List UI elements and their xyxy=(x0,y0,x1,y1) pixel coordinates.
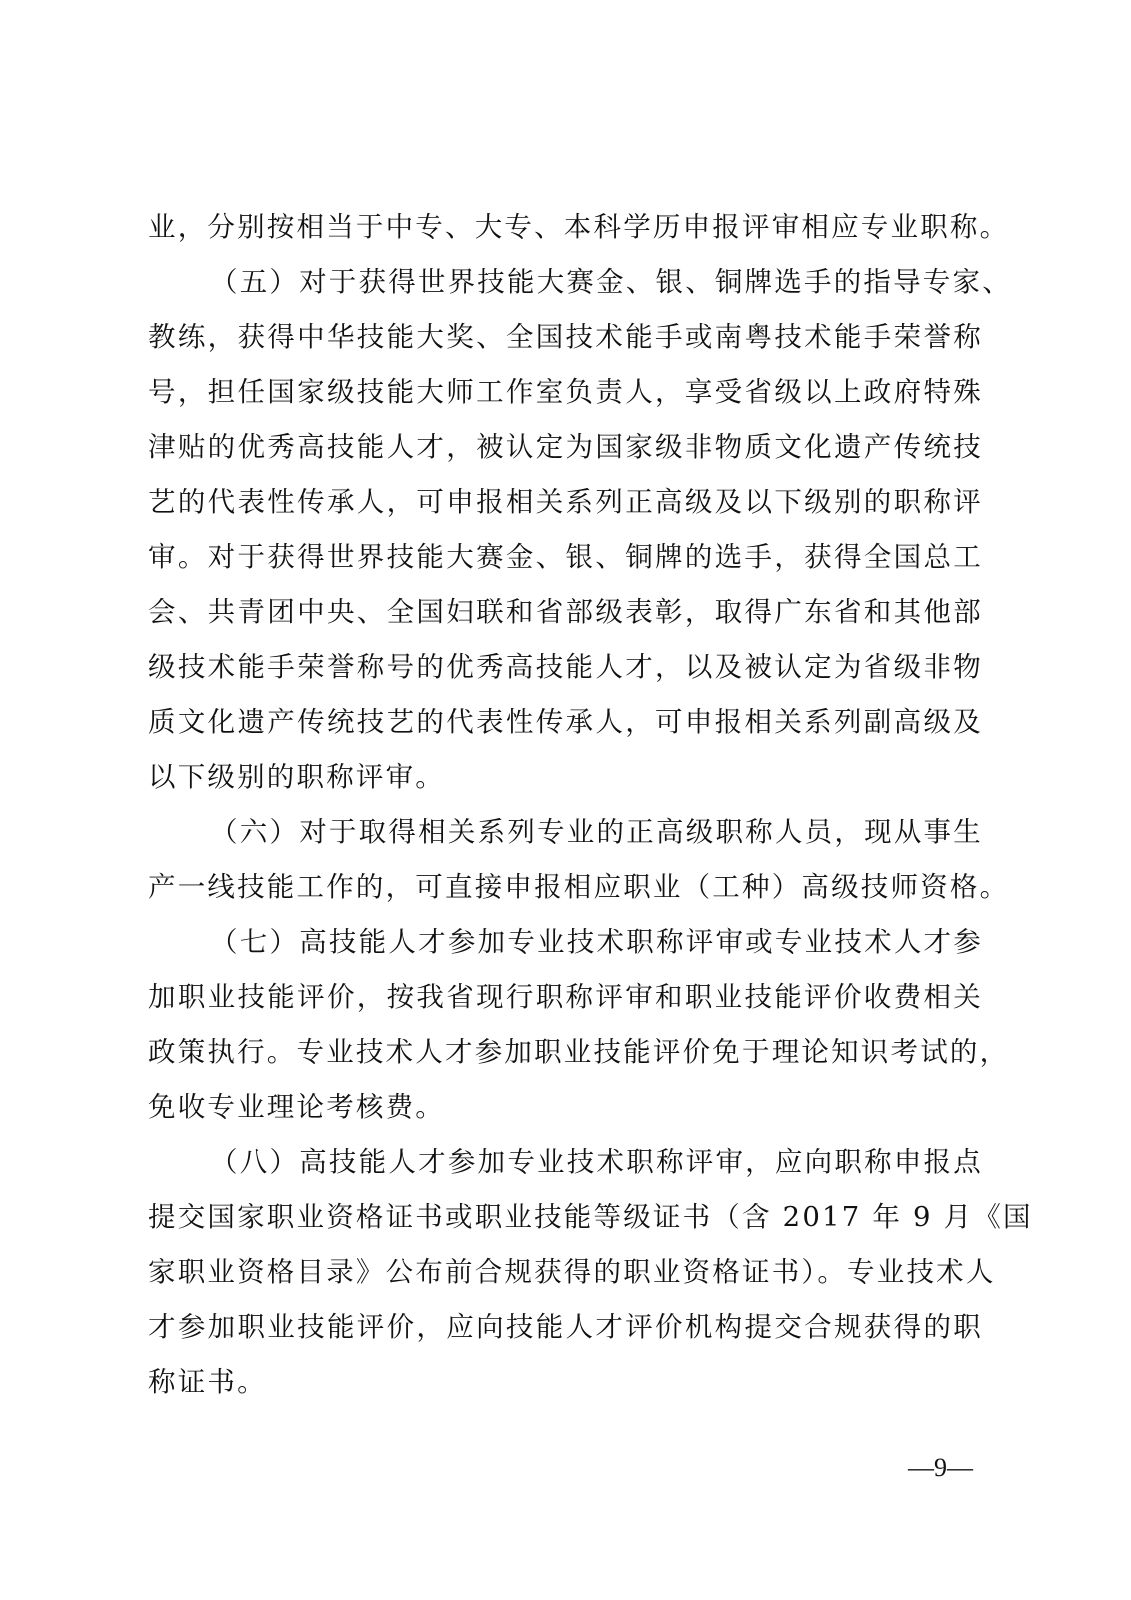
paragraph-line: 津贴的优秀高技能人才，被认定为国家级非物质文化遗产传统技 xyxy=(148,427,983,467)
paragraph-line: 会、共青团中央、全国妇联和省部级表彰，取得广东省和其他部 xyxy=(148,592,983,632)
paragraph-line: 称证书。 xyxy=(148,1362,983,1402)
paragraph-first-line: （六）对于取得相关系列专业的正高级职称人员，现从事生 xyxy=(210,812,983,852)
paragraph-line: 加职业技能评价，按我省现行职称评审和职业技能评价收费相关 xyxy=(148,977,983,1017)
paragraph-line: 提交国家职业资格证书或职业技能等级证书（含 2017 年 9 月《国 xyxy=(148,1197,983,1237)
page-number: —9— xyxy=(908,1448,973,1488)
paragraph-line: 以下级别的职称评审。 xyxy=(148,757,983,797)
paragraph-line: 免收专业理论考核费。 xyxy=(148,1087,983,1127)
paragraph-line: 号，担任国家级技能大师工作室负责人，享受省级以上政府特殊 xyxy=(148,372,983,412)
paragraph-line: 艺的代表性传承人，可申报相关系列正高级及以下级别的职称评 xyxy=(148,482,983,522)
paragraph-first-line: （五）对于获得世界技能大赛金、银、铜牌选手的指导专家、 xyxy=(210,262,983,302)
paragraph-line: 产一线技能工作的，可直接申报相应职业（工种）高级技师资格。 xyxy=(148,867,983,907)
paragraph-first-line: （八）高技能人才参加专业技术职称评审，应向职称申报点 xyxy=(210,1142,983,1182)
paragraph-line: 才参加职业技能评价，应向技能人才评价机构提交合规获得的职 xyxy=(148,1307,983,1347)
paragraph-line: 审。对于获得世界技能大赛金、银、铜牌的选手，获得全国总工 xyxy=(148,537,983,577)
document-page: 业，分别按相当于中专、大专、本科学历申报评审相应专业职称。（五）对于获得世界技能… xyxy=(0,0,1131,1600)
paragraph-line: 家职业资格目录》公布前合规获得的职业资格证书）。专业技术人 xyxy=(148,1252,983,1292)
paragraph-line: 政策执行。专业技术人才参加职业技能评价免于理论知识考试的， xyxy=(148,1032,983,1072)
paragraph-line: 业，分别按相当于中专、大专、本科学历申报评审相应专业职称。 xyxy=(148,207,983,247)
paragraph-line: 级技术能手荣誉称号的优秀高技能人才，以及被认定为省级非物 xyxy=(148,647,983,687)
paragraph-line: 教练，获得中华技能大奖、全国技术能手或南粤技术能手荣誉称 xyxy=(148,317,983,357)
paragraph-first-line: （七）高技能人才参加专业技术职称评审或专业技术人才参 xyxy=(210,922,983,962)
paragraph-line: 质文化遗产传统技艺的代表性传承人，可申报相关系列副高级及 xyxy=(148,702,983,742)
